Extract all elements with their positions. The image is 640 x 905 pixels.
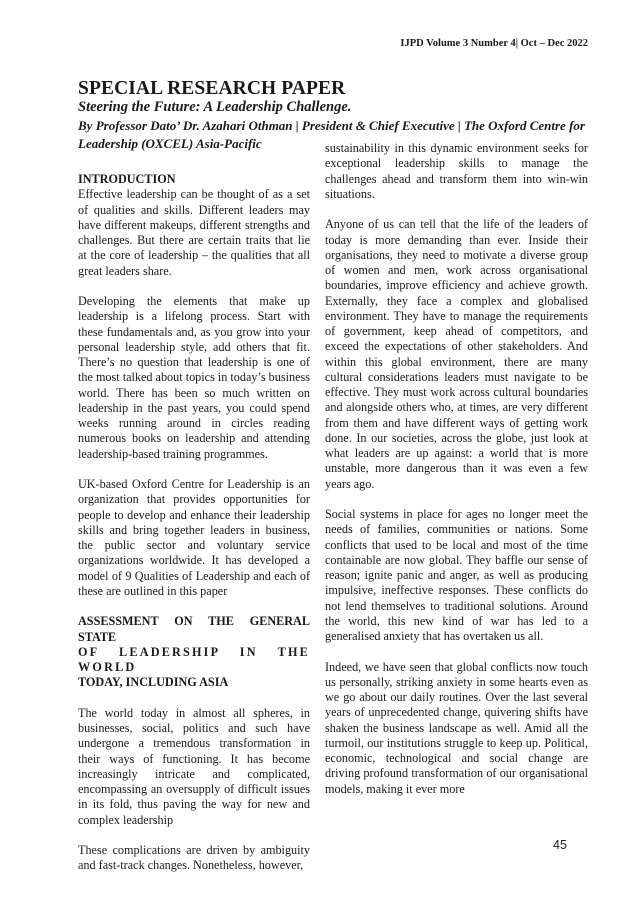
paragraph: Effective leadership can be thought of a… — [78, 187, 310, 279]
article-title: Steering the Future: A Leadership Challe… — [78, 99, 351, 116]
assessment-heading-line1: ASSESSMENT ON THE GENERAL STATE — [78, 614, 310, 643]
paragraph: The world today in almost all spheres, i… — [78, 706, 310, 828]
paragraph: sustainability in this dynamic environme… — [325, 141, 588, 202]
paragraph: Indeed, we have seen that global conflic… — [325, 660, 588, 797]
journal-header: IJPD Volume 3 Number 4| Oct – Dec 2022 — [400, 38, 588, 49]
paragraph: UK-based Oxford Centre for Leadership is… — [78, 477, 310, 599]
right-column: sustainability in this dynamic environme… — [325, 141, 588, 812]
section-label: SPECIAL RESEARCH PAPER — [78, 78, 345, 100]
introduction-heading: INTRODUCTION — [78, 172, 310, 187]
assessment-heading-line2: OF LEADERSHIP IN THE WORLD — [78, 645, 310, 674]
assessment-heading: ASSESSMENT ON THE GENERAL STATE OF LEADE… — [78, 614, 310, 690]
paragraph: Social systems in place for ages no long… — [325, 507, 588, 644]
paragraph: Anyone of us can tell that the life of t… — [325, 217, 588, 492]
left-column: INTRODUCTION Effective leadership can be… — [78, 172, 310, 889]
paragraph: Developing the elements that make up lea… — [78, 294, 310, 462]
paragraph: These complications are driven by ambigu… — [78, 843, 310, 874]
page-number: 45 — [553, 838, 567, 852]
assessment-heading-line3: TODAY, INCLUDING ASIA — [78, 675, 228, 689]
